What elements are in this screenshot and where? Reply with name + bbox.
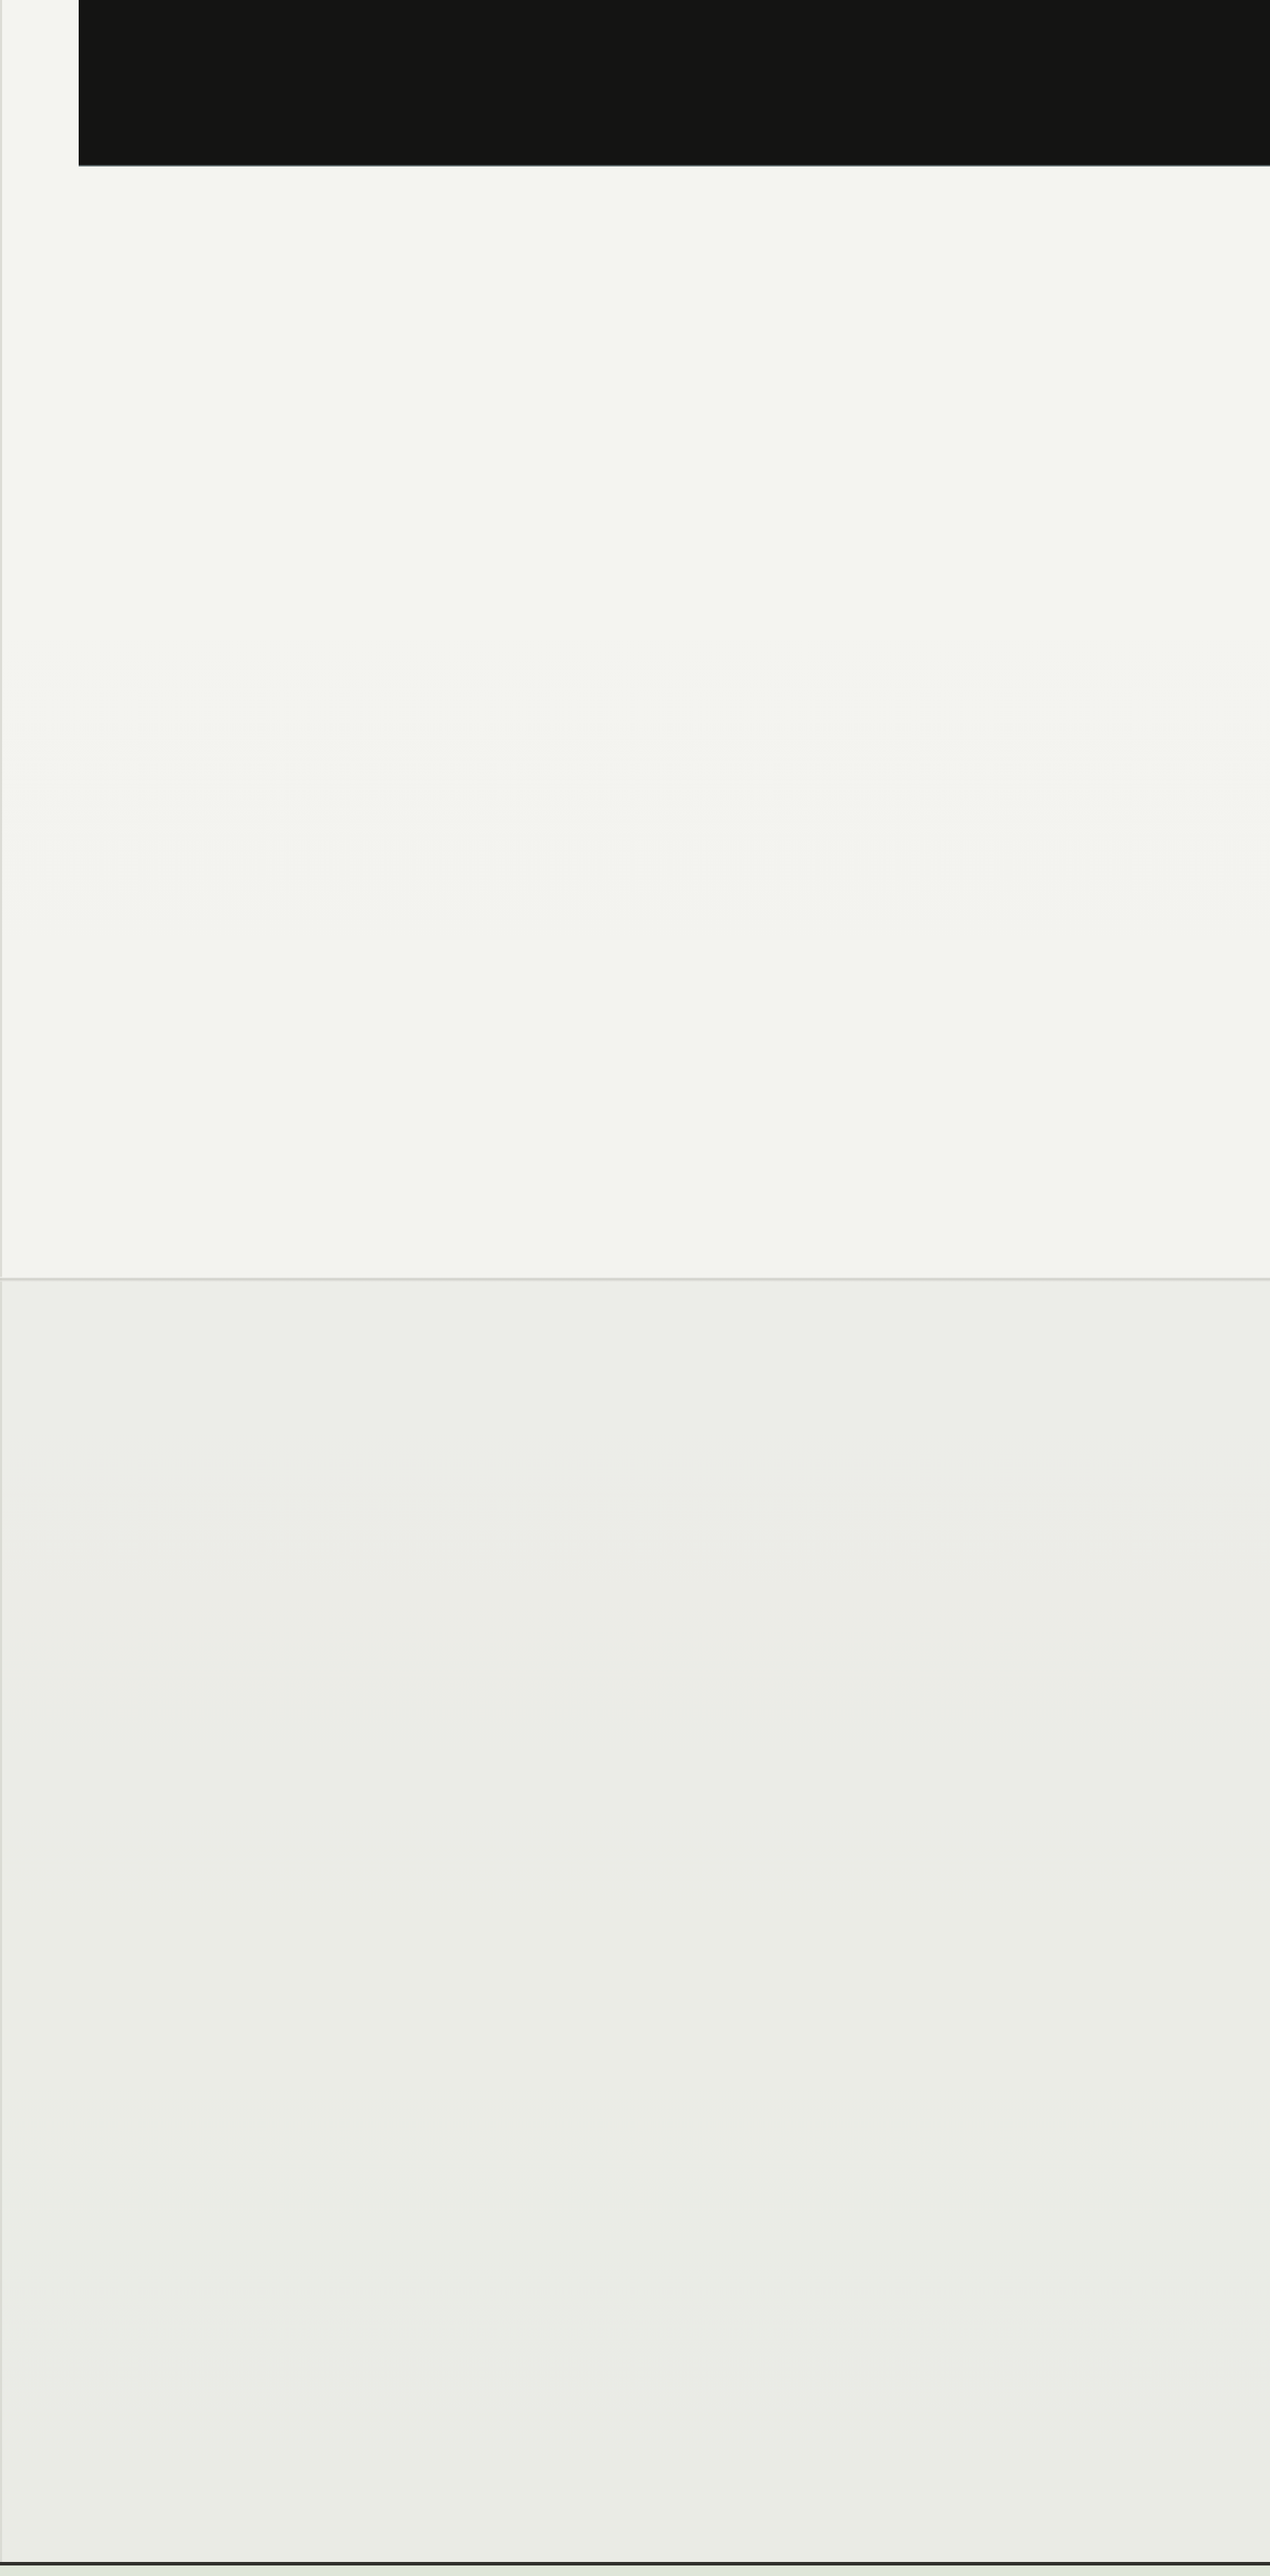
page-bottom-margin (0, 2565, 1270, 2576)
lyric-booklet-page (0, 0, 1270, 2576)
paper-fold-crease (0, 1277, 1270, 1282)
lyrics (0, 0, 1270, 2576)
